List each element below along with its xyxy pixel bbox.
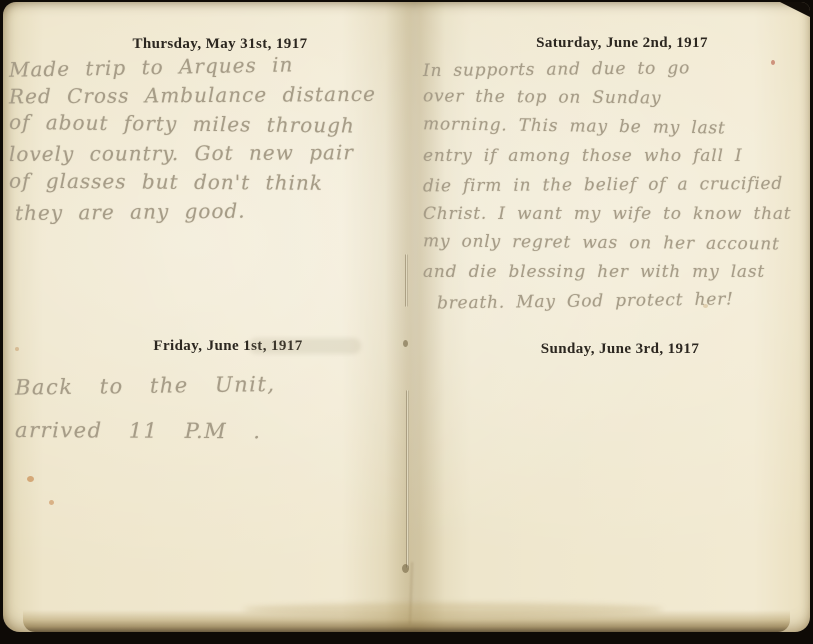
stacked-page-edges <box>23 610 790 632</box>
handwriting-line: my only regret was on her account <box>423 227 810 259</box>
handwriting-line: morning. This may be my last <box>423 110 810 144</box>
handwriting-line: and die blessing her with my last <box>423 258 810 287</box>
handwriting-line: Christ. I want my wife to know that <box>423 200 810 229</box>
binding-stitch-thread <box>406 390 409 568</box>
rust-stain <box>15 347 19 351</box>
rust-stain <box>27 476 34 482</box>
binding-stitch-knot <box>402 564 409 573</box>
handwriting-line: entry if among those who fall I <box>423 142 810 171</box>
binding-stitch-knot <box>403 340 408 347</box>
handwriting-line: Red Cross Ambulance distance <box>9 80 405 112</box>
handwriting-line: In supports and due to go <box>423 53 810 86</box>
ink-offset-ghost <box>249 338 361 354</box>
handwritten-entry-saturday: In supports and due to go over the top o… <box>423 55 810 316</box>
handwritten-entry-thursday: Made trip to Arques in Red Cross Ambulan… <box>9 52 405 226</box>
handwriting-line: they are any good. <box>9 195 405 228</box>
diary-photo: Thursday, May 31st, 1917 Made trip to Ar… <box>0 0 813 644</box>
rust-stain <box>703 304 708 308</box>
cover-corner-notch <box>780 2 810 17</box>
handwritten-entry-friday: Back to the Unit, arrived 11 P.M . <box>15 362 395 454</box>
handwriting-line: die firm in the belief of a crucified <box>423 170 810 202</box>
handwriting-line: arrived 11 P.M . <box>15 407 395 455</box>
handwriting-line: lovely country. Got new pair <box>9 138 405 169</box>
binding-stitch-thread <box>405 254 408 307</box>
entry-date-heading-friday: Friday, June 1st, 1917 <box>28 338 428 355</box>
diary-book: Thursday, May 31st, 1917 Made trip to Ar… <box>3 2 810 632</box>
rust-stain <box>771 60 775 65</box>
handwriting-line: breath. May God protect her! <box>423 284 810 318</box>
handwriting-line: over the top on Sunday <box>423 82 810 114</box>
rust-stain <box>49 500 54 505</box>
entry-date-heading-sunday: Sunday, June 3rd, 1917 <box>420 341 810 358</box>
entry-date-heading-saturday: Saturday, June 2nd, 1917 <box>422 35 810 52</box>
handwriting-line: Back to the Unit, <box>15 359 396 410</box>
handwriting-line: of glasses but don't think <box>9 167 405 199</box>
handwriting-line: of about forty miles through <box>9 108 405 141</box>
